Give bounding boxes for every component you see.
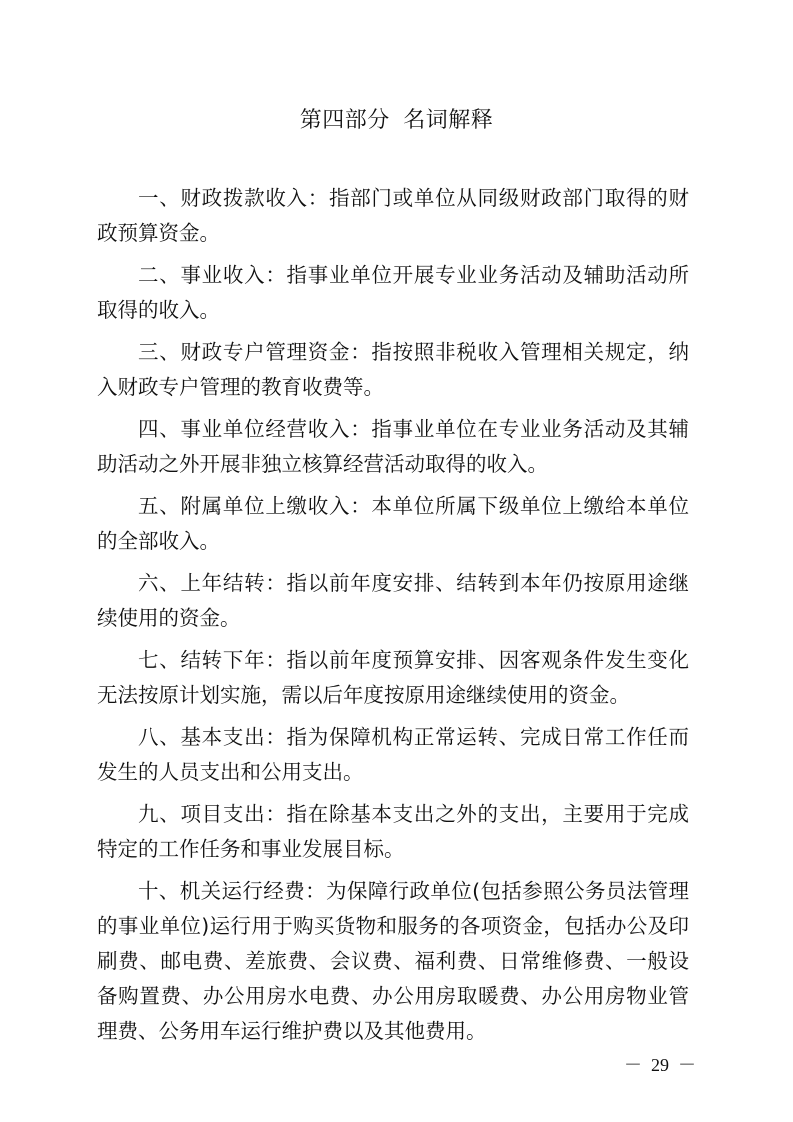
glossary-entry-5: 五、附属单位上缴收入：本单位所属下级单位上缴给本单位的全部收入。: [97, 489, 689, 559]
entry-definition: 为保障行政单位(包括参照公务员法管理的事业单位)运行用于购买货物和服务的各项资金…: [97, 879, 689, 1043]
glossary-entry-2: 二、事业收入：指事业单位开展专业业务活动及辅助活动所取得的收入。: [97, 258, 689, 328]
glossary-entry-10: 十、机关运行经费：为保障行政单位(包括参照公务员法管理的事业单位)运行用于购买货…: [97, 874, 689, 1049]
entry-term: 九、项目支出：: [138, 802, 287, 826]
glossary-entry-7: 七、结转下年：指以前年度预算安排、因客观条件发生变化无法按原计划实施，需以后年度…: [97, 643, 689, 713]
entry-term: 十、机关运行经费：: [138, 879, 326, 903]
entry-term: 六、上年结转：: [138, 571, 287, 595]
entry-term: 八、基本支出：: [138, 725, 287, 749]
entry-term: 七、结转下年：: [138, 648, 287, 672]
entry-term: 五、附属单位上缴收入：: [138, 494, 371, 518]
glossary-entry-1: 一、财政拨款收入：指部门或单位从同级财政部门取得的财政预算资金。: [97, 181, 689, 251]
glossary-entry-3: 三、财政专户管理资金：指按照非税收入管理相关规定，纳入财政专户管理的教育收费等。: [97, 335, 689, 405]
glossary-body: 一、财政拨款收入：指部门或单位从同级财政部门取得的财政预算资金。 二、事业收入：…: [97, 181, 689, 1056]
entry-term: 二、事业收入：: [138, 263, 287, 287]
entry-term: 四、事业单位经营收入：: [138, 417, 371, 441]
entry-term: 一、财政拨款收入：: [138, 186, 329, 210]
page-title: 第四部分 名词解释: [0, 103, 793, 134]
entry-term: 三、财政专户管理资金：: [138, 340, 371, 364]
page-number: － 29 －: [620, 1051, 700, 1077]
glossary-entry-9: 九、项目支出：指在除基本支出之外的支出，主要用于完成特定的工作任务和事业发展目标…: [97, 797, 689, 867]
glossary-entry-6: 六、上年结转：指以前年度安排、结转到本年仍按原用途继续使用的资金。: [97, 566, 689, 636]
glossary-entry-8: 八、基本支出：指为保障机构正常运转、完成日常工作任而发生的人员支出和公用支出。: [97, 720, 689, 790]
glossary-entry-4: 四、事业单位经营收入：指事业单位在专业业务活动及其辅助活动之外开展非独立核算经营…: [97, 412, 689, 482]
